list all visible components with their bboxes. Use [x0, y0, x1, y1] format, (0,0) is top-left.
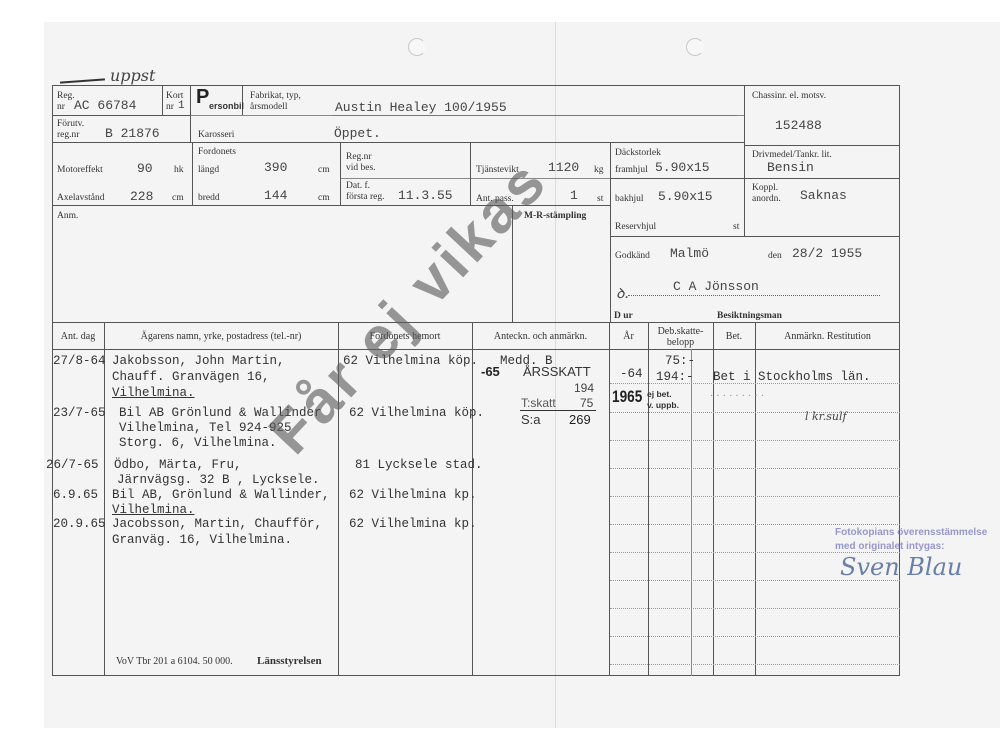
owner-line: Chauff. Granvägen 16, — [112, 370, 270, 385]
faint-handwriting: · · · · · · · · · — [710, 391, 764, 402]
fabrikat-label: Fabrikat, typ, — [250, 91, 301, 101]
inspector-value: C A Jönsson — [673, 280, 759, 294]
unit-label: kg — [594, 165, 604, 175]
category-label: ersonbil — [209, 101, 244, 111]
motoreffekt-value: 90 — [137, 162, 153, 176]
column-header-anmarkn-restitution: Anmärkn. Restitution — [755, 331, 900, 342]
besiktningsman-label: Besiktningsman — [717, 311, 782, 321]
column-header-agare: Ägarens namn, yrke, postadress (tel.-nr) — [104, 331, 338, 342]
fabrikat-value: Austin Healey 100/1955 — [335, 101, 507, 115]
karosseri-label: Karosseri — [198, 130, 234, 140]
column-header-bet: Bet. — [713, 331, 755, 342]
dat-label: Dat. f. — [346, 181, 370, 191]
handwritten-note: uppst — [110, 66, 155, 85]
owner-hemort: 62 Vilhelmina köp. — [349, 406, 484, 421]
owner-line: Storg. 6, Vilhelmina. — [119, 436, 277, 451]
bredd-value: 144 — [264, 189, 287, 203]
certification-signature: Sven Blau — [840, 553, 962, 581]
approval-date-value: 28/2 1955 — [792, 247, 862, 261]
owner-date: 20.9.65 — [53, 517, 106, 532]
unit-label: cm — [318, 165, 330, 175]
regnr-bes-label: Reg.nr — [346, 152, 372, 162]
axelavstand-value: 228 — [130, 190, 153, 204]
owner-line: Vilhelmina, Tel 924-925 — [119, 421, 292, 436]
forutv-label: Förutv. — [57, 119, 84, 129]
reg-nr-label: nr — [57, 102, 65, 112]
owner-date: 23/7-65 — [53, 406, 106, 421]
unit-label: st — [597, 194, 603, 204]
unit-label: cm — [172, 193, 184, 203]
owner-hemort: 62 Vilhelmina kp. — [349, 517, 477, 532]
langd-label: längd — [198, 165, 219, 175]
punch-hole — [408, 38, 426, 56]
owner-hemort: 81 Lycksele stad. — [355, 458, 483, 473]
tax-status: v. uppb. — [647, 400, 679, 410]
punch-hole — [686, 38, 704, 56]
dackstorlek-label: Däckstorlek — [615, 148, 661, 158]
drivmedel-label: Drivmedel/Tankr. lit. — [752, 150, 832, 160]
sum-label: S:a — [521, 415, 541, 425]
reservhjul-label: Reservhjul — [615, 222, 656, 232]
owner-hemort: 62 Vilhelmina köp. — [343, 354, 478, 369]
framhjul-label: framhjul — [615, 165, 648, 175]
fabrikat-label: årsmodell — [250, 102, 287, 112]
unit-label: hk — [174, 165, 184, 175]
koppl-label: anordn. — [752, 194, 781, 204]
column-header-hemort: Fordonets hemort — [338, 331, 472, 342]
dat-label: första reg. — [346, 192, 385, 202]
owner-line: Bil AB, Grönlund & Wallinder, — [112, 488, 330, 503]
ant-pass-label: Ant. pass. — [476, 194, 514, 204]
unit-label: cm — [318, 193, 330, 203]
form-issuer: Länsstyrelsen — [257, 656, 322, 666]
arsskatt-label: ÅRSSKATT — [523, 367, 591, 377]
tax-amount: 75:- — [665, 354, 695, 369]
owner-line: Vilhelmina. — [112, 503, 195, 518]
chassis-label: Chassinr. el. motsv. — [752, 91, 826, 101]
dur-label: D ur — [614, 311, 633, 321]
forsta-reg-value: 11.3.55 — [398, 189, 453, 203]
tax-remark: Bet i Stockholms län. — [713, 370, 871, 385]
column-header-anteckn: Anteckn. och anmärkn. — [472, 331, 609, 342]
tax-amount: 194:- — [656, 370, 694, 385]
tax-status: ej bet. — [647, 389, 672, 399]
tjanstevikt-label: Tjänstevikt — [476, 165, 519, 175]
forutv-reg-nr-value: B 21876 — [105, 127, 160, 141]
mr-stampling-label: M-R-stämpling — [524, 211, 586, 221]
bakhjul-label: bakhjul — [615, 194, 644, 204]
tskatt-value: 75 — [580, 398, 593, 408]
regnr-bes-label: vid bes. — [346, 163, 376, 173]
owner-line: Vilhelmina. — [112, 386, 195, 401]
forutv-label: reg.nr — [57, 130, 79, 140]
initials-handwritten: ꝺ. — [616, 284, 629, 303]
owner-line: Järnvägsg. 32 B , Lycksele. — [117, 473, 320, 488]
reg-nr-value: AC 66784 — [74, 99, 136, 113]
chassis-nr-value: 152488 — [775, 119, 822, 133]
framhjul-value: 5.90x15 — [655, 161, 710, 175]
owner-date: 26/7-65 — [46, 458, 99, 473]
anm-label: Anm. — [57, 211, 78, 221]
annotation-year: -65 — [481, 367, 500, 377]
column-header-ar: År — [609, 331, 648, 342]
bredd-label: bredd — [198, 193, 220, 203]
tax-year: -64 — [620, 367, 643, 382]
arsskatt-value: 194 — [574, 383, 594, 393]
tskatt-label: T:skatt — [521, 398, 556, 408]
certification-stamp-line: Fotokopians överensstämmelse — [835, 526, 987, 540]
column-header-deb-skatte: Deb.skatte- belopp — [648, 326, 713, 348]
certification-stamp-line: med originalet intygas: — [835, 540, 944, 554]
form-print-code: VoV Tbr 201 a 6104. 50 000. — [116, 657, 233, 667]
godkand-place-value: Malmö — [670, 247, 709, 261]
owner-date: 27/8-64 — [53, 354, 106, 369]
ant-pass-value: 1 — [570, 189, 578, 203]
owner-line: Granväg. 16, Vilhelmina. — [112, 533, 292, 548]
kort-label: nr — [166, 102, 174, 112]
langd-value: 390 — [264, 161, 287, 175]
fordonets-label: Fordonets — [198, 147, 236, 157]
koppl-value: Saknas — [800, 189, 847, 203]
owner-line: Bil AB Grönlund & Wallinder — [119, 406, 322, 421]
owner-line: Ödbo, Märta, Fru, — [114, 458, 242, 473]
category-initial: P — [196, 86, 209, 109]
owner-line: Jacobsson, Martin, Chaufför, — [112, 517, 322, 532]
owner-hemort: 62 Vilhelmina kp. — [349, 488, 477, 503]
koppl-label: Koppl. — [752, 183, 778, 193]
den-label: den — [768, 251, 782, 261]
column-header-ant-dag: Ant. dag — [52, 331, 104, 342]
handwritten-remark: l kr.sulf — [805, 410, 847, 423]
drivmedel-value: Bensin — [767, 161, 814, 175]
godkand-label: Godkänd — [615, 251, 650, 261]
tjanstevikt-value: 1120 — [548, 161, 579, 175]
owner-date: 6.9.65 — [53, 488, 98, 503]
unit-label: st — [733, 222, 739, 232]
karosseri-value: Öppet. — [334, 127, 381, 141]
owner-line: Jakobsson, John Martin, — [112, 354, 285, 369]
axelavstand-label: Axelavstånd — [57, 193, 105, 203]
motoreffekt-label: Motoreffekt — [57, 165, 103, 175]
tax-year: 1965 — [612, 388, 642, 406]
bakhjul-value: 5.90x15 — [658, 190, 713, 204]
kort-nr-value: 1 — [178, 99, 185, 113]
sum-value: 269 — [569, 415, 591, 425]
reg-nr-label: Reg. — [57, 91, 75, 101]
